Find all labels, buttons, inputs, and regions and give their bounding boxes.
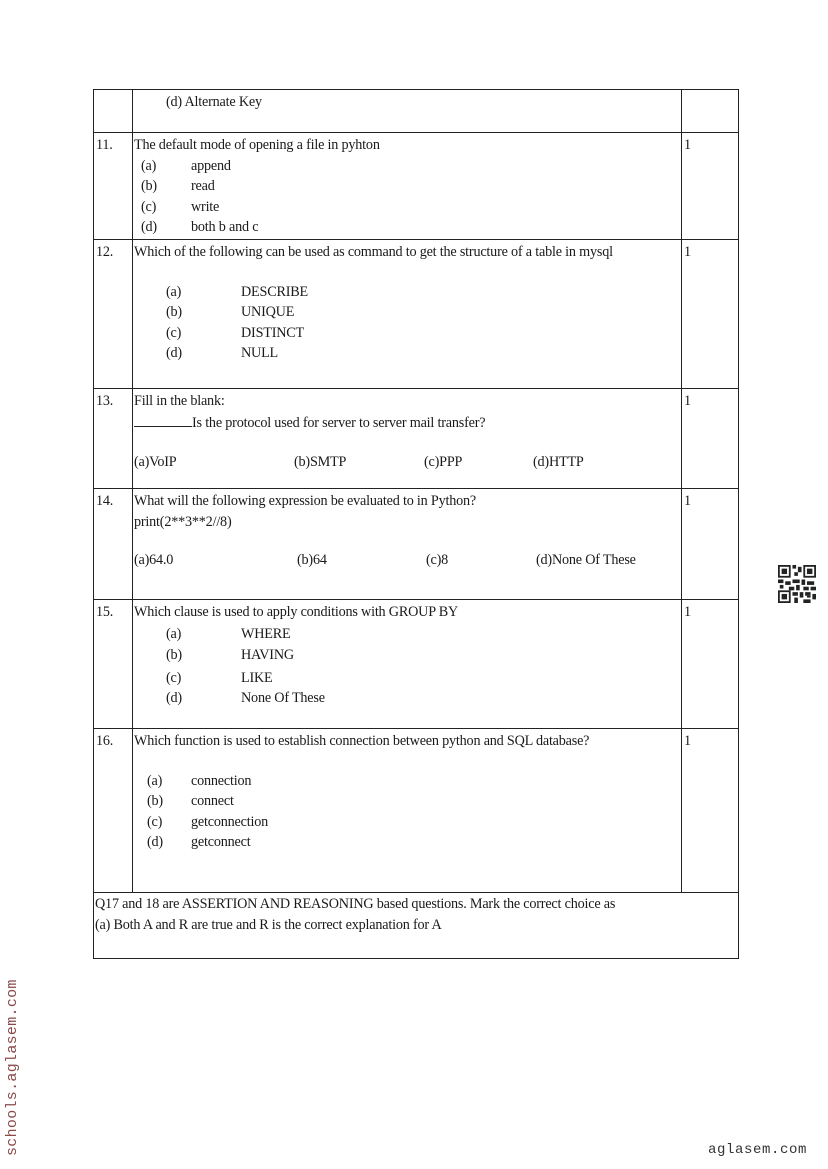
marks: 1 bbox=[682, 489, 738, 599]
question-number: 12. bbox=[94, 240, 133, 388]
option-a: (a)connection bbox=[134, 771, 675, 792]
option-a: (a)DESCRIBE bbox=[134, 282, 675, 303]
question-number: 13. bbox=[94, 389, 133, 488]
fill-blank bbox=[134, 412, 192, 427]
question-cell: The default mode of opening a file in py… bbox=[133, 133, 682, 239]
exam-page: (d) Alternate Key 11. The default mode o… bbox=[0, 0, 828, 1169]
option-b: (b)SMTP bbox=[294, 452, 424, 473]
option-d: (d)getconnect bbox=[134, 832, 675, 853]
question-number-cell bbox=[94, 90, 133, 132]
table-row-q14: 14. What will the following expression b… bbox=[94, 488, 738, 599]
marks: 1 bbox=[682, 600, 738, 728]
question-cell: (d) Alternate Key bbox=[133, 90, 682, 132]
question-text: Which of the following can be used as co… bbox=[134, 242, 675, 263]
question-text-line2: Is the protocol used for server to serve… bbox=[134, 412, 675, 434]
option-text: (d) Alternate Key bbox=[134, 92, 675, 113]
option-c: (c)getconnection bbox=[134, 812, 675, 833]
option-c: (c)LIKE bbox=[134, 668, 675, 689]
marks: 1 bbox=[682, 389, 738, 488]
option-a: (a)VoIP bbox=[134, 452, 294, 473]
questions-table: (d) Alternate Key 11. The default mode o… bbox=[93, 89, 739, 959]
option-a: (a)WHERE bbox=[134, 624, 675, 645]
table-row-q13: 13. Fill in the blank: Is the protocol u… bbox=[94, 388, 738, 488]
question-cell: Which of the following can be used as co… bbox=[133, 240, 682, 388]
code-expression: print(2**3**2//8) bbox=[134, 512, 675, 533]
table-row-q16: 16. Which function is used to establish … bbox=[94, 728, 738, 892]
question-cell: What will the following expression be ev… bbox=[133, 489, 682, 599]
option-b: (b)connect bbox=[134, 791, 675, 812]
marks-cell bbox=[682, 90, 738, 132]
option-b: (b)read bbox=[134, 176, 675, 197]
question-text-line1: Fill in the blank: bbox=[134, 391, 675, 412]
option-d: (d)None Of These bbox=[134, 688, 675, 709]
question-number: 14. bbox=[94, 489, 133, 599]
option-b: (b)HAVING bbox=[134, 645, 675, 666]
table-row-q11: 11. The default mode of opening a file i… bbox=[94, 132, 738, 239]
option-d: (d)both b and c bbox=[134, 217, 675, 238]
table-row-q12: 12. Which of the following can be used a… bbox=[94, 239, 738, 388]
option-c: (c)DISTINCT bbox=[134, 323, 675, 344]
assertion-reasoning-note: Q17 and 18 are ASSERTION AND REASONING b… bbox=[94, 892, 738, 958]
note-choice-a: (a) Both A and R are true and R is the c… bbox=[95, 915, 734, 936]
option-c: (c)PPP bbox=[424, 452, 533, 473]
option-a: (a)append bbox=[134, 156, 675, 177]
marks: 1 bbox=[682, 240, 738, 388]
option-d: (d)NULL bbox=[134, 343, 675, 364]
option-a: (a)64.0 bbox=[134, 550, 297, 571]
options-inline: (a)VoIP (b)SMTP (c)PPP (d)HTTP bbox=[134, 452, 675, 473]
option-b: (b)UNIQUE bbox=[134, 302, 675, 323]
question-number: 16. bbox=[94, 729, 133, 892]
question-cell: Fill in the blank: Is the protocol used … bbox=[133, 389, 682, 488]
question-cell: Which clause is used to apply conditions… bbox=[133, 600, 682, 728]
option-d: (d)None Of These bbox=[536, 550, 636, 571]
options-inline: (a)64.0 (b)64 (c)8 (d)None Of These bbox=[134, 550, 675, 571]
question-text: Which function is used to establish conn… bbox=[134, 731, 675, 752]
option-b: (b)64 bbox=[297, 550, 426, 571]
question-cell: Which function is used to establish conn… bbox=[133, 729, 682, 892]
watermark-left: schools.aglasem.com bbox=[4, 979, 21, 1156]
option-c: (c)8 bbox=[426, 550, 536, 571]
qr-code-icon bbox=[778, 565, 816, 603]
question-number: 15. bbox=[94, 600, 133, 728]
option-c: (c)write bbox=[134, 197, 675, 218]
option-d: (d)HTTP bbox=[533, 452, 584, 473]
marks: 1 bbox=[682, 729, 738, 892]
question-text: Which clause is used to apply conditions… bbox=[134, 602, 675, 623]
table-row-q15: 15. Which clause is used to apply condit… bbox=[94, 599, 738, 728]
marks: 1 bbox=[682, 133, 738, 239]
note-instruction: Q17 and 18 are ASSERTION AND REASONING b… bbox=[95, 894, 734, 915]
table-row-continuation: (d) Alternate Key bbox=[94, 90, 738, 132]
question-number: 11. bbox=[94, 133, 133, 239]
watermark-right: aglasem.com bbox=[708, 1142, 807, 1158]
question-text-line1: What will the following expression be ev… bbox=[134, 491, 675, 512]
question-text: The default mode of opening a file in py… bbox=[134, 135, 675, 156]
